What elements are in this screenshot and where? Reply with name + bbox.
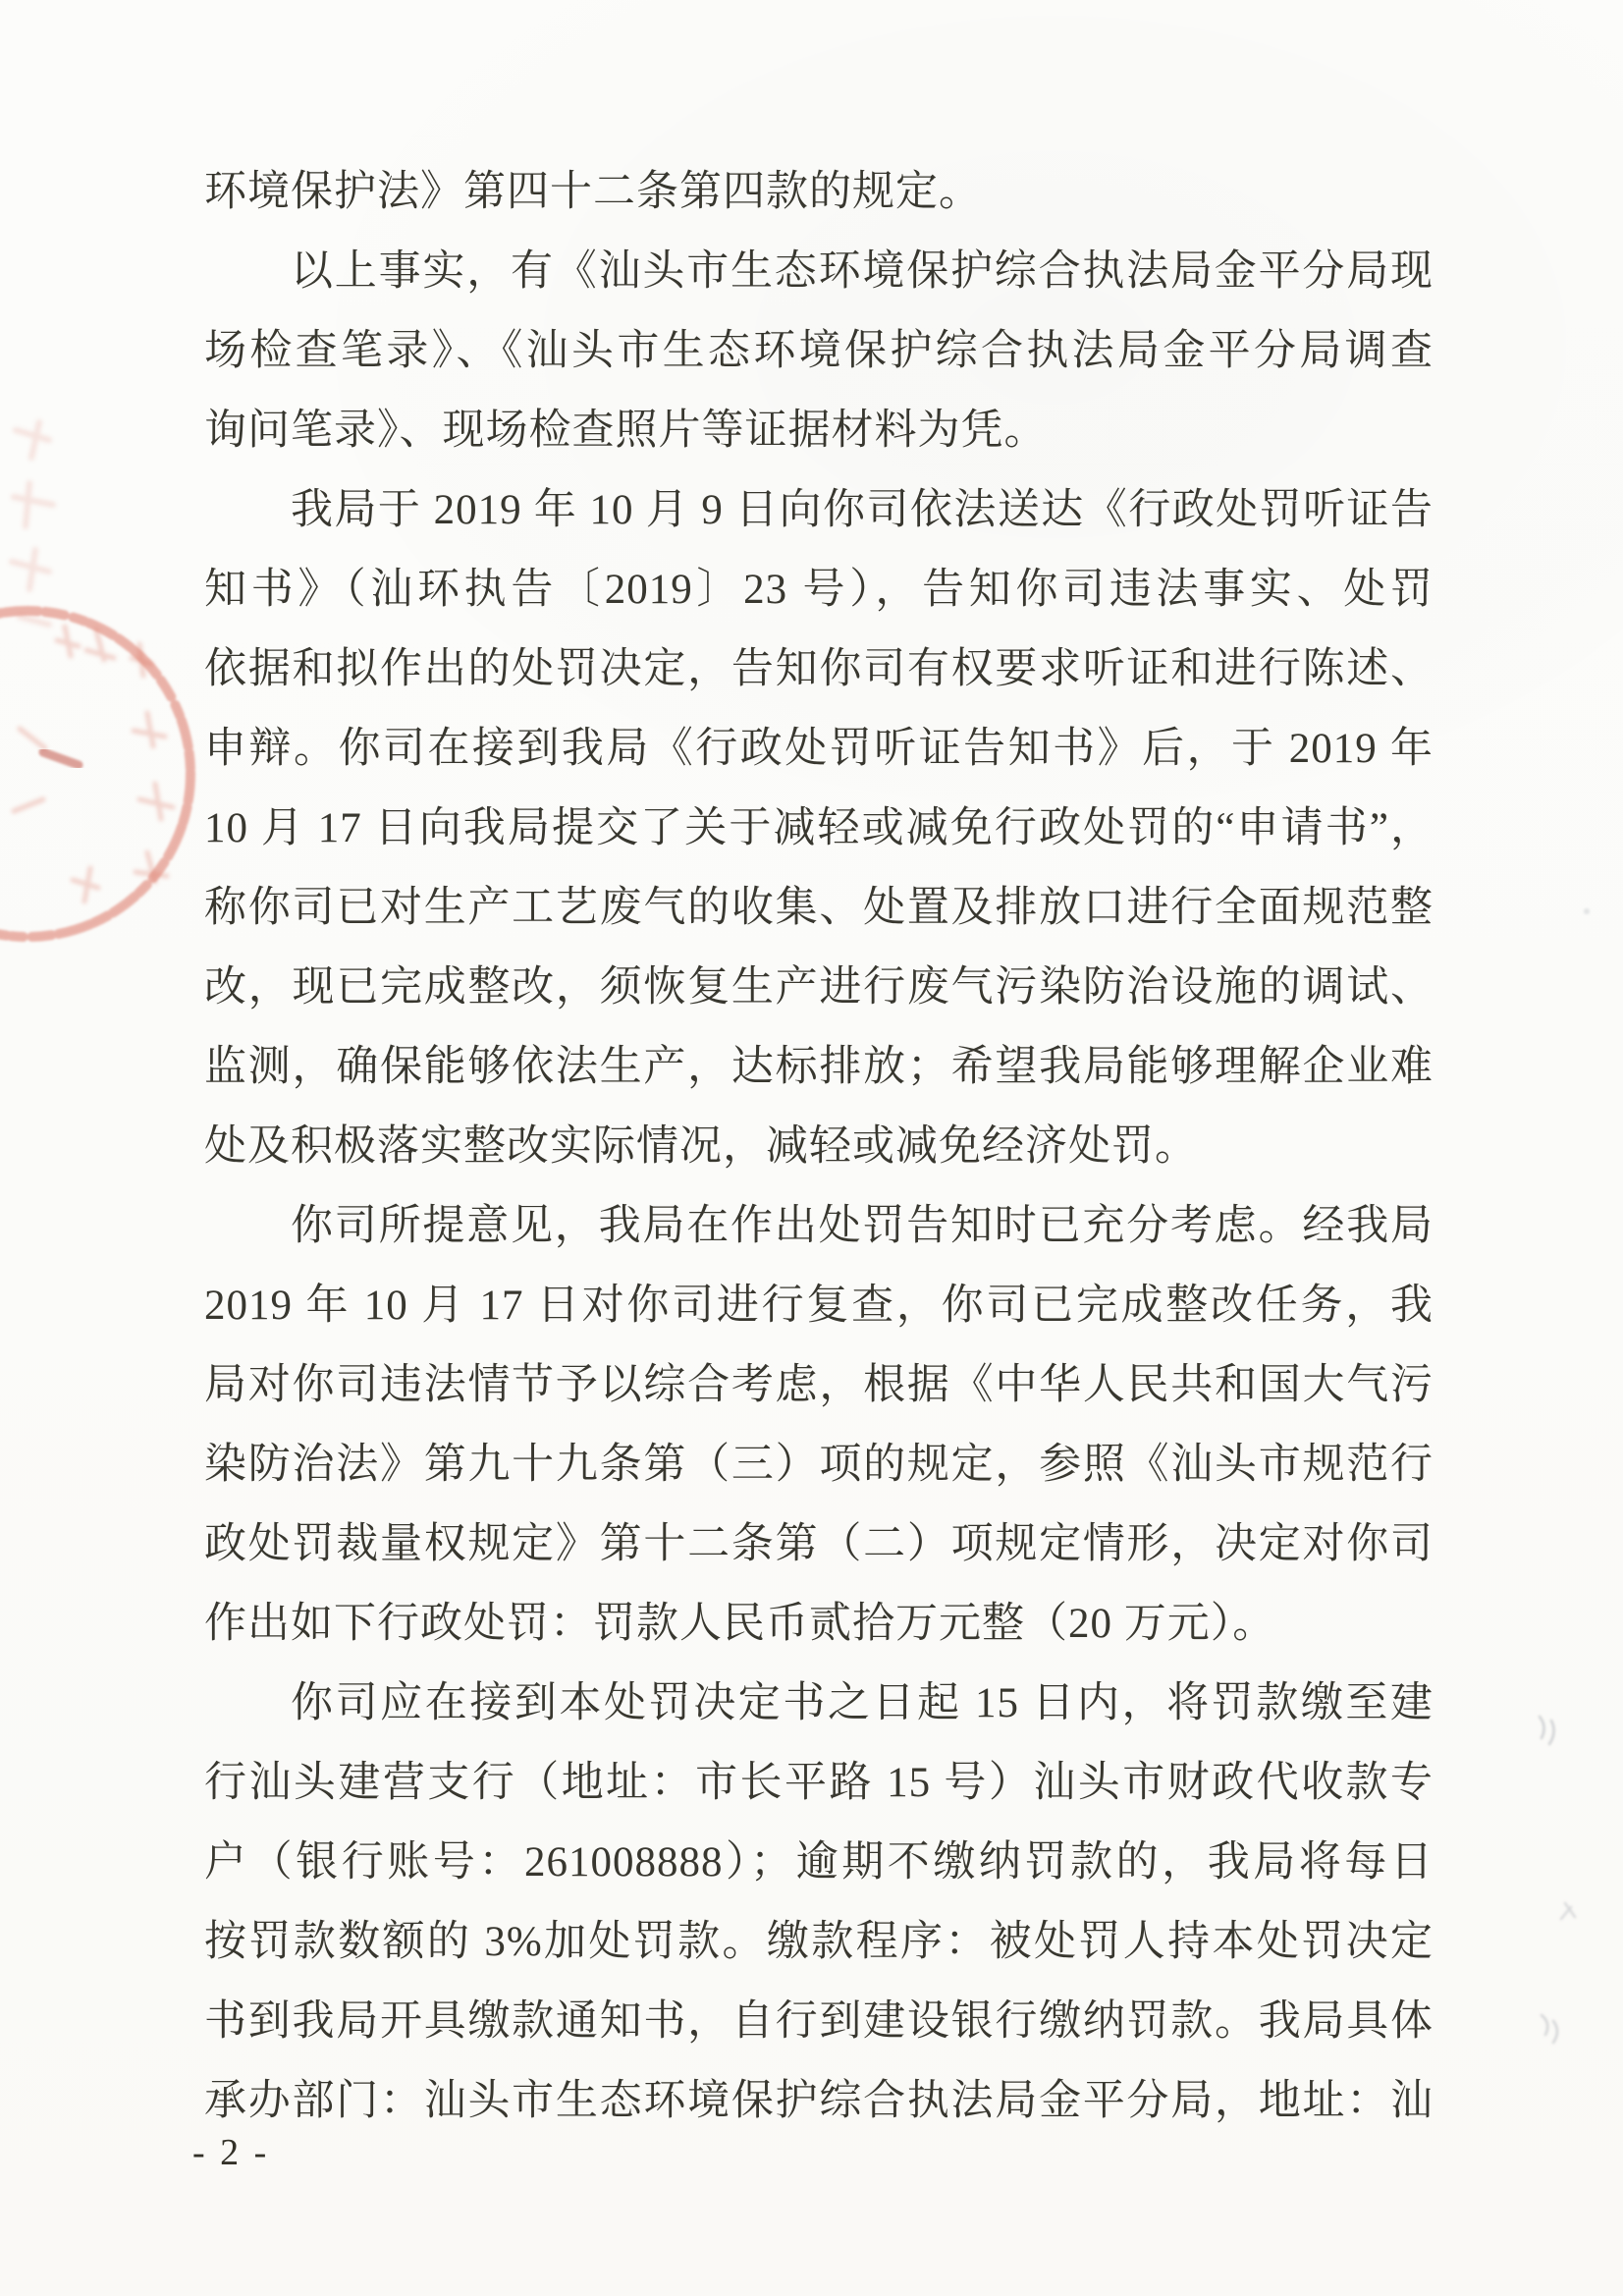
text-line: 改，现已完成整改，须恢复生产进行废气污染防治设施的调试、 (204, 948, 1434, 1027)
text-line: 局对你司违法情节予以综合考虑，根据《中华人民共和国大气污 (204, 1345, 1434, 1425)
page-number: - 2 - (192, 2125, 269, 2180)
text-line: 监测，确保能够依法生产，达标排放；希望我局能够理解企业难 (204, 1027, 1434, 1107)
text-line: 依据和拟作出的处罚决定，告知你司有权要求听证和进行陈述、 (204, 629, 1434, 709)
text-line: 环境保护法》第四十二条第四款的规定。 (204, 152, 1434, 232)
document-body-text: 环境保护法》第四十二条第四款的规定。 以上事实，有《汕头市生态环境保护综合执法局… (204, 152, 1434, 2141)
text-line: 处及积极落实整改实际情况，减轻或减免经济处罚。 (204, 1107, 1434, 1186)
text-line: 你司所提意见，我局在作出处罚告知时已充分考虑。经我局 (204, 1186, 1434, 1266)
text-line: 2019 年 10 月 17 日对你司进行复查，你司已完成整改任务，我 (204, 1266, 1434, 1345)
text-line: 称你司已对生产工艺废气的收集、处置及排放口进行全面规范整 (204, 868, 1434, 948)
text-line: 作出如下行政处罚：罚款人民币贰拾万元整（20 万元）。 (204, 1584, 1434, 1664)
text-line: 书到我局开具缴款通知书，自行到建设银行缴纳罚款。我局具体 (204, 1982, 1434, 2061)
text-line: 场检查笔录》、《汕头市生态环境保护综合执法局金平分局调查 (204, 311, 1434, 391)
text-line: 按罚款数额的 3%加处罚款。缴款程序：被处罚人持本处罚决定 (204, 1902, 1434, 1982)
text-line: 申辩。你司在接到我局《行政处罚听证告知书》后，于 2019 年 (204, 709, 1434, 789)
text-line: 知书》（汕环执告〔2019〕23 号），告知你司违法事实、处罚 (204, 550, 1434, 629)
text-line: 政处罚裁量权规定》第十二条第（二）项规定情形，决定对你司 (204, 1504, 1434, 1584)
text-line: 10 月 17 日向我局提交了关于减轻或减免行政处罚的“申请书”， (204, 789, 1434, 868)
text-line: 询问笔录》、现场检查照片等证据材料为凭。 (204, 391, 1434, 470)
text-line: 承办部门：汕头市生态环境保护综合执法局金平分局，地址：汕 (204, 2061, 1434, 2141)
text-line: 以上事实，有《汕头市生态环境保护综合执法局金平分局现 (204, 232, 1434, 311)
text-line: 我局于 2019 年 10 月 9 日向你司依法送达《行政处罚听证告 (204, 470, 1434, 550)
text-line: 行汕头建营支行（地址：市长平路 15 号）汕头市财政代收款专 (204, 1743, 1434, 1823)
text-line: 你司应在接到本处罚决定书之日起 15 日内，将罚款缴至建 (204, 1664, 1434, 1743)
text-line: 户（银行账号：261008888）；逾期不缴纳罚款的，我局将每日 (204, 1823, 1434, 1902)
text-line: 染防治法》第九十九条第（三）项的规定，参照《汕头市规范行 (204, 1425, 1434, 1504)
